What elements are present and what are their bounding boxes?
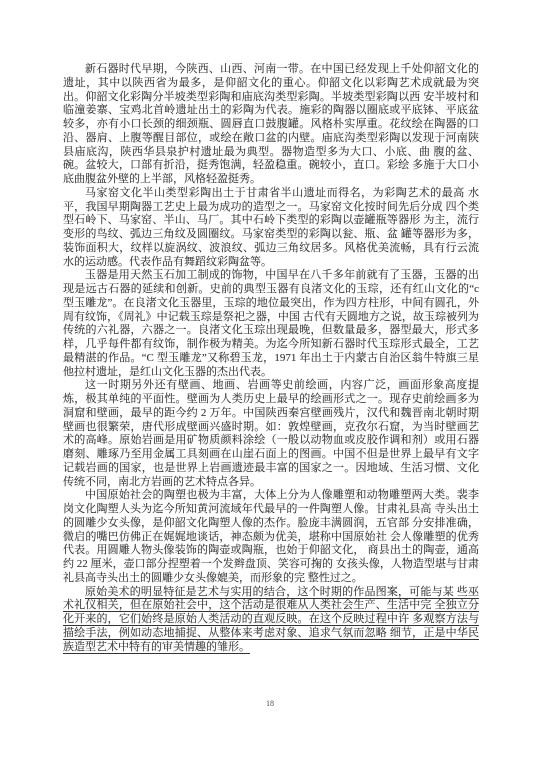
paragraph-pottery-sculpture: 中国原始社会的陶塑也极为丰富，大体上分为人像雕塑和动物雕塑两大类。裴李岗文化陶塑… [63, 489, 479, 585]
body-text: 新石器时代早期，今陕西、山西、河南一带。在中国已经发现上千处仰韶文化的遗址，其中… [63, 63, 479, 654]
page-number: 18 [0, 699, 540, 708]
paragraph-yangshao-painted-pottery: 新石器时代早期，今陕西、山西、河南一带。在中国已经发现上千处仰韶文化的遗址，其中… [63, 63, 479, 187]
paragraph-jade-ware: 玉器是用天然玉石加工制成的饰物，中国早在八千多年前就有了玉器，玉器的出现是远古石… [63, 269, 479, 379]
paragraph-majiayao-culture: 马家窑文化半山类型彩陶出土于甘肃省半山遗址而得名，为彩陶艺术的最高 水平，我国早… [63, 187, 479, 270]
paragraph-prehistoric-painting: 这一时期另外还有壁画、地画、岩画等史前绘画，内容广泛，画面形象高度提炼，极其单纯… [63, 379, 479, 489]
document-page: 新石器时代早期，今陕西、山西、河南一带。在中国已经发现上千处仰韶文化的遗址，其中… [0, 0, 540, 757]
paragraph-primitive-art-features: 原始美术的明显特征是艺术与实用的结合，这个时期的作品图案，可能与某 些巫术礼仪相… [63, 586, 479, 655]
